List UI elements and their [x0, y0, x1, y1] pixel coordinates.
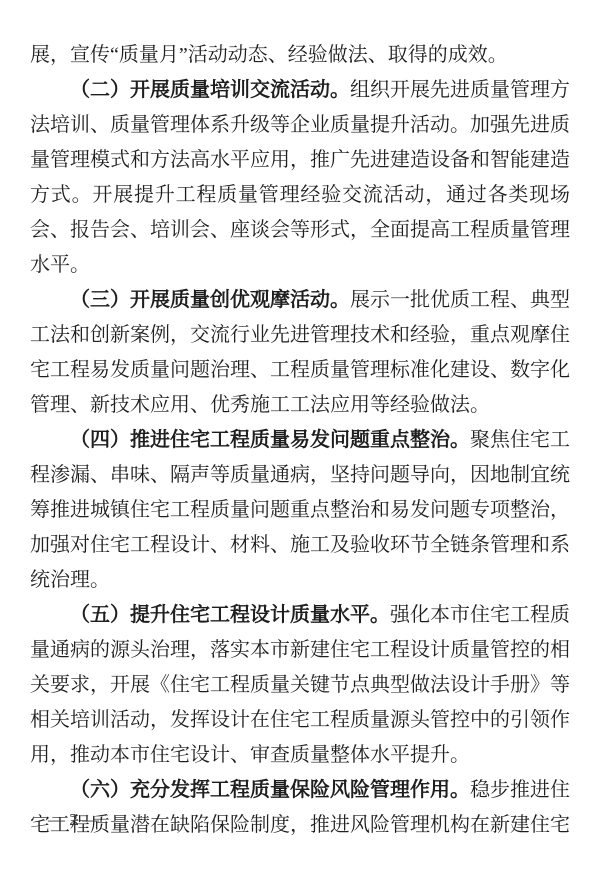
paragraph-text: 组织开展先进质量管理方法培训、质量管理体系升级等企业质量提升活动。加强先进质量管… [30, 79, 570, 276]
page-number: — 2 — [48, 810, 99, 830]
document-background: { "colors": { "ink": "#1e1e1e", "paper":… [0, 0, 600, 875]
paragraph-heading: （五）提升住宅工程设计质量水平。 [70, 604, 390, 626]
paragraph-text: 展，宣传“质量月”活动动态、经验做法、取得的成效。 [30, 44, 508, 66]
paragraph-heading: （二）开展质量培训交流活动。 [70, 79, 350, 101]
paragraph-text: 强化本市住宅工程质量通病的源头治理，落实本市新建住宅工程设计质量管控的相关要求，… [30, 604, 570, 766]
paragraph-item-2: （二）开展质量培训交流活动。组织开展先进质量管理方法培训、质量管理体系升级等企业… [30, 73, 570, 283]
paragraph-text: 聚焦住宅工程渗漏、串味、隔声等质量通病，坚持问题导向，因地制宜统筹推进城镇住宅工… [30, 429, 570, 591]
paragraph-continuation: 展，宣传“质量月”活动动态、经验做法、取得的成效。 [30, 38, 570, 73]
document-text-block: 展，宣传“质量月”活动动态、经验做法、取得的成效。 （二）开展质量培训交流活动。… [30, 38, 570, 843]
paragraph-item-6: （六）充分发挥工程质量保险风险管理作用。稳步推进住宅工程质量潜在缺陷保险制度，推… [30, 773, 570, 843]
paragraph-item-4: （四）推进住宅工程质量易发问题重点整治。聚焦住宅工程渗漏、串味、隔声等质量通病，… [30, 423, 570, 598]
paragraph-item-3: （三）开展质量创优观摩活动。展示一批优质工程、典型工法和创新案例，交流行业先进管… [30, 283, 570, 423]
paragraph-heading: （三）开展质量创优观摩活动。 [70, 289, 350, 311]
document-page: 展，宣传“质量月”活动动态、经验做法、取得的成效。 （二）开展质量培训交流活动。… [0, 0, 600, 875]
paragraph-heading: （六）充分发挥工程质量保险风险管理作用。 [70, 779, 470, 801]
paragraph-heading: （四）推进住宅工程质量易发问题重点整治。 [70, 429, 470, 451]
paragraph-item-5: （五）提升住宅工程设计质量水平。强化本市住宅工程质量通病的源头治理，落实本市新建… [30, 598, 570, 773]
